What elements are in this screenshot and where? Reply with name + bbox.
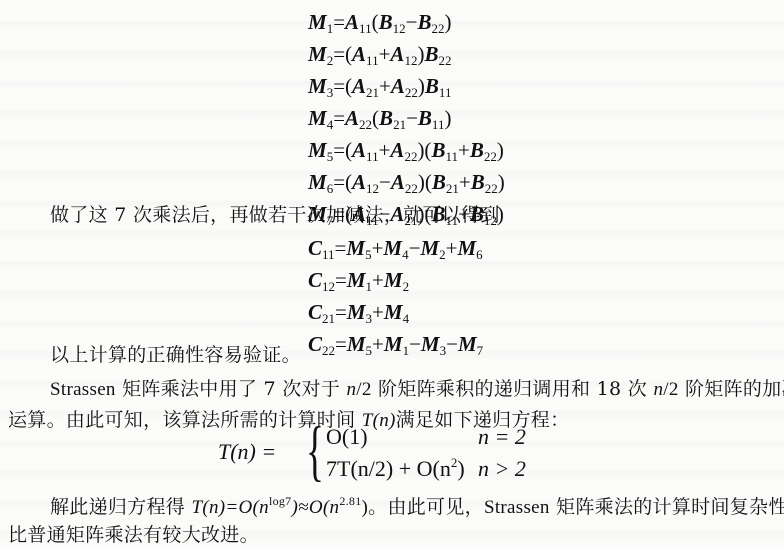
text-run: 矩阵乘法中用了 7 次对于 <box>116 378 347 400</box>
complexity-expression: T(n)=O(n <box>191 497 269 518</box>
text-run: /2 <box>356 379 371 400</box>
equation-m1: M1=A11(B12−B22) <box>308 6 505 38</box>
case-1-expression: O(1) <box>326 424 368 450</box>
conclusion-line-1: 解此递归方程得 T(n)=O(nlog7)≈O(n2.81)。由此可见，Stra… <box>50 492 784 523</box>
equation-m4: M4=A22(B21−B11) <box>308 102 505 134</box>
text-run: ) <box>457 456 464 481</box>
text-run: 解此递归方程得 <box>50 496 191 518</box>
equation-m3: M3=(A21+A22)B11 <box>308 70 505 102</box>
m-equation-block: M1=A11(B12−B22) M2=(A11+A12)B22 M3=(A21+… <box>308 6 505 230</box>
c-equation-block: C11=M5+M4−M2+M6 C12=M1+M2 C21=M3+M4 C22=… <box>308 232 483 360</box>
text-run: 阶矩阵的加减 <box>679 378 784 400</box>
strassen-term: Strassen <box>50 379 116 400</box>
equation-c12: C12=M1+M2 <box>308 264 483 296</box>
exponent: 2.81 <box>339 494 361 508</box>
equation-c11: C11=M5+M4−M2+M6 <box>308 232 483 264</box>
verify-sentence: 以上计算的正确性容易验证。 <box>50 340 301 370</box>
case-2-expression: 7T(n/2) + O(n2) <box>326 456 465 482</box>
intro-sentence: 做了这 7 次乘法后，再做若干次加减法，就可以得到 <box>50 200 500 230</box>
exponent: log7 <box>269 494 292 508</box>
text-run: 矩阵乘法的计算时间复杂性 <box>550 496 784 518</box>
equation-m2: M2=(A11+A12)B22 <box>308 38 505 70</box>
text-run: 。由此可见， <box>368 496 484 518</box>
equation-c22: C22=M5+M1−M3−M7 <box>308 328 483 360</box>
equation-m5: M5=(A11+A22)(B11+B22) <box>308 134 505 166</box>
case-1-condition: n = 2 <box>478 424 526 450</box>
text-run: /2 <box>663 379 678 400</box>
text-run: 7T(n/2) + O(n <box>326 456 451 481</box>
recurrence-lhs: T(n) = <box>218 439 276 465</box>
equation-c21: C21=M3+M4 <box>308 296 483 328</box>
case-2-condition: n > 2 <box>478 456 526 482</box>
left-brace: { <box>306 416 324 484</box>
complexity-expression: )≈O(n <box>292 497 340 518</box>
var-n: n <box>653 379 663 400</box>
text-run: 阶矩阵乘积的递归调用和 18 次 <box>372 378 654 400</box>
conclusion-line-2: 比普通矩阵乘法有较大改进。 <box>8 520 259 547</box>
paragraph-line-1: Strassen 矩阵乘法中用了 7 次对于 n/2 阶矩阵乘积的递归调用和 1… <box>50 374 784 405</box>
strassen-term: Strassen <box>484 497 550 518</box>
equation-m6: M6=(A12−A22)(B21+B22) <box>308 166 505 198</box>
var-n: n <box>346 379 356 400</box>
